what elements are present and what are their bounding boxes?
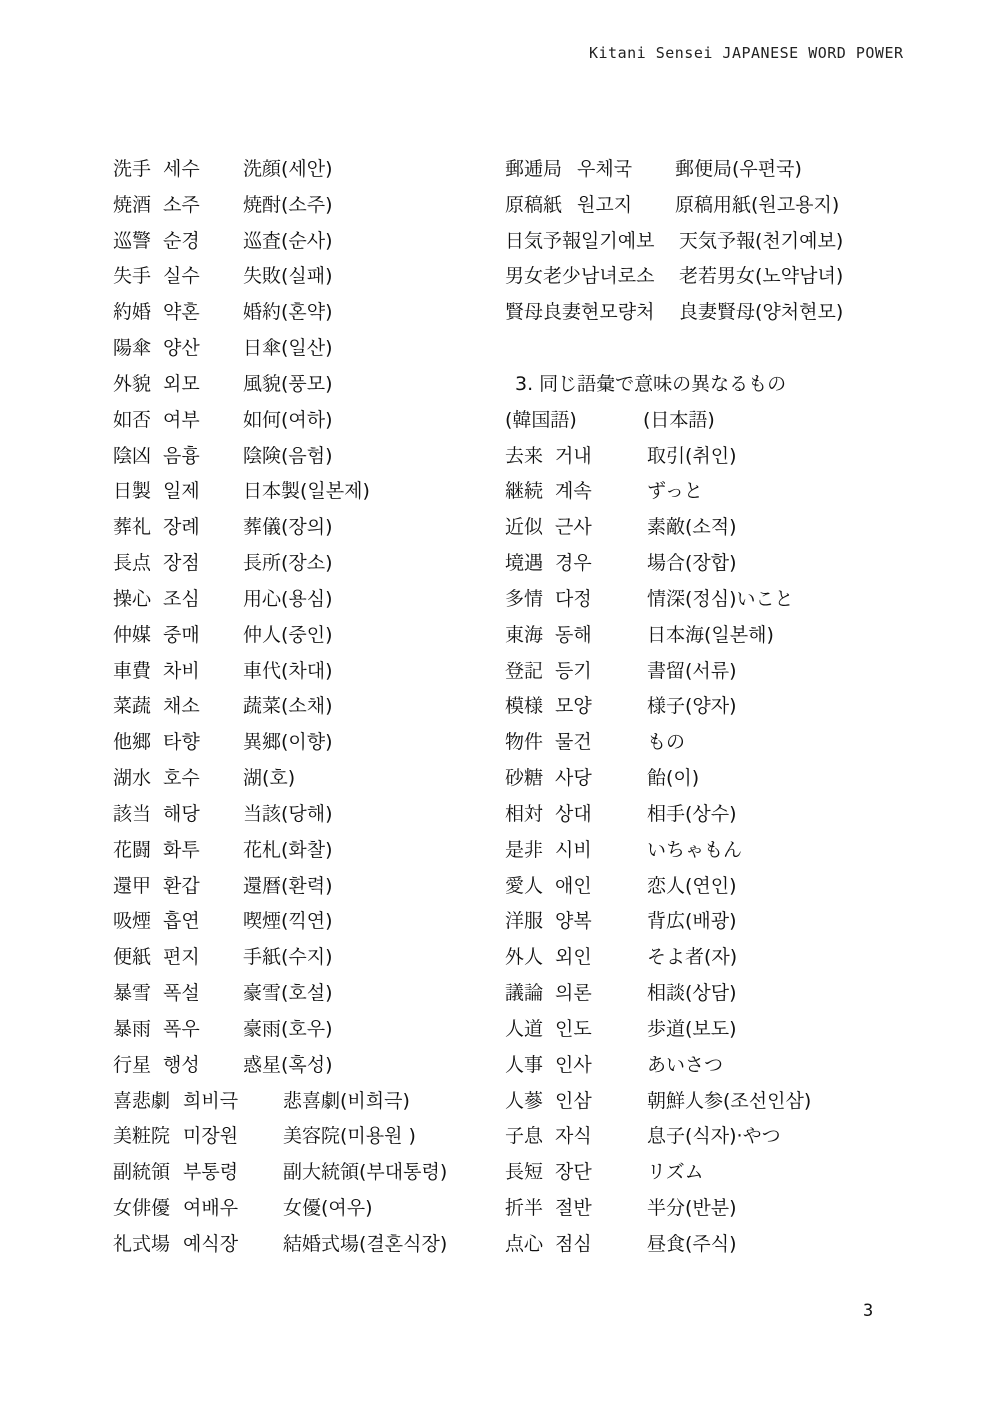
korean-reading: 상대: [555, 797, 647, 833]
japanese-equivalent: 惑星(혹성): [243, 1048, 333, 1084]
hanja-word: 女俳優: [113, 1191, 183, 1227]
hanja-word: 如否: [113, 403, 163, 439]
hanja-word: 焼酒: [113, 188, 163, 224]
list-item: 焼酒소주焼酎(소주): [113, 188, 493, 224]
hanja-word: 東海: [505, 618, 555, 654]
hanja-word: 美粧院: [113, 1119, 183, 1155]
hanja-word: 折半: [505, 1191, 555, 1227]
list-item: 他郷타향異郷(이향): [113, 725, 493, 761]
list-item: 暴雪폭설豪雪(호설): [113, 976, 493, 1012]
korean-reading: 예식장: [183, 1227, 283, 1263]
list-item: 菜蔬채소蔬菜(소채): [113, 689, 493, 725]
japanese-equivalent: 背広(배광): [647, 904, 737, 940]
korean-reading: 편지: [163, 940, 243, 976]
document-page: Kitani Sensei JAPANESE WORD POWER 洗手세수洗顔…: [0, 0, 992, 1403]
list-item: 男女老少남녀로소老若男女(노약남녀): [505, 259, 985, 295]
japanese-equivalent: 歩道(보도): [647, 1012, 737, 1048]
japanese-equivalent: 様子(양자): [647, 689, 737, 725]
japanese-equivalent: 相談(상담): [647, 976, 737, 1012]
japanese-equivalent: 原稿用紙(원고용지): [675, 188, 839, 224]
japanese-equivalent: あいさつ: [647, 1048, 723, 1084]
japanese-equivalent: リズム: [647, 1155, 704, 1191]
korean-reading: 여부: [163, 403, 243, 439]
list-item: 湖水호수湖(호): [113, 761, 493, 797]
japanese-equivalent: 失敗(실패): [243, 259, 333, 295]
japanese-equivalent: 湖(호): [243, 761, 295, 797]
japanese-equivalent: 車代(차대): [243, 654, 333, 690]
korean-reading: 동해: [555, 618, 647, 654]
list-item: 陰凶음흉陰険(음험): [113, 439, 493, 475]
list-item: 陽傘양산日傘(일산): [113, 331, 493, 367]
list-item: 女俳優여배우女優(여우): [113, 1191, 493, 1227]
hanja-word: 吸煙: [113, 904, 163, 940]
korean-reading: 폭우: [163, 1012, 243, 1048]
japanese-equivalent: 場合(장합): [647, 546, 737, 582]
korean-reading: 우체국: [577, 152, 675, 188]
hanja-word: 継続: [505, 474, 555, 510]
hanja-word: 外人: [505, 940, 555, 976]
hanja-word: 喜悲劇: [113, 1084, 183, 1120]
japanese-equivalent: 日本海(일본해): [647, 618, 774, 654]
hanja-word: 失手: [113, 259, 163, 295]
list-item: 長短장단リズム: [505, 1155, 985, 1191]
korean-reading: 사당: [555, 761, 647, 797]
hanja-word: 日製: [113, 474, 163, 510]
korean-reading: 희비극: [183, 1084, 283, 1120]
korean-reading: 순경: [163, 224, 243, 260]
list-item: 人道인도歩道(보도): [505, 1012, 985, 1048]
korean-reading: 장례: [163, 510, 243, 546]
korean-reading: 차비: [163, 654, 243, 690]
hanja-word: 点心: [505, 1227, 555, 1263]
japanese-equivalent: 日本製(일본제): [243, 474, 370, 510]
hanja-word: 葬礼: [113, 510, 163, 546]
list-item: 賢母良妻현모량처良妻賢母(양처현모): [505, 295, 985, 331]
list-item: 巡警순경巡査(순사): [113, 224, 493, 260]
korean-reading: 장점: [163, 546, 243, 582]
korean-reading: 애인: [555, 869, 647, 905]
korean-reading: 근사: [555, 510, 647, 546]
korean-reading: 중매: [163, 618, 243, 654]
hanja-word: 暴雨: [113, 1012, 163, 1048]
hanja-word: 車費: [113, 654, 163, 690]
list-item: 洗手세수洗顔(세안): [113, 152, 493, 188]
korean-reading: 소주: [163, 188, 243, 224]
list-item: 模様모양様子(양자): [505, 689, 985, 725]
list-item: 操心조심用心(용심): [113, 582, 493, 618]
column-headers: (韓国語)(日本語): [505, 403, 985, 439]
hanja-word: 人道: [505, 1012, 555, 1048]
korean-reading: 물건: [555, 725, 647, 761]
korean-reading: 인삼: [555, 1084, 647, 1120]
hanja-word: 礼式場: [113, 1227, 183, 1263]
korean-reading: 계속: [555, 474, 647, 510]
list-item: 副統領부통령副大統領(부대통령): [113, 1155, 493, 1191]
hanja-word: 長短: [505, 1155, 555, 1191]
hanja-word: 多情: [505, 582, 555, 618]
japanese-equivalent: ずっと: [647, 474, 703, 510]
list-item: 登記등기書留(서류): [505, 654, 985, 690]
hanja-word: 外貌: [113, 367, 163, 403]
hanja-word: 砂糖: [505, 761, 555, 797]
japanese-equivalent: 焼酎(소주): [243, 188, 333, 224]
japanese-equivalent: 当該(당해): [243, 797, 333, 833]
korean-reading: 자식: [555, 1119, 647, 1155]
list-item: 原稿紙원고지原稿用紙(원고용지): [505, 188, 985, 224]
list-item: 還甲환갑還暦(환력): [113, 869, 493, 905]
list-item: 是非시비いちゃもん: [505, 833, 985, 869]
hanja-word: 他郷: [113, 725, 163, 761]
list-item: 去来거내取引(취인): [505, 439, 985, 475]
japanese-column-header: (日本語): [643, 403, 715, 439]
japanese-equivalent: いちゃもん: [647, 833, 742, 869]
list-item: 物件물건もの: [505, 725, 985, 761]
japanese-equivalent: 日傘(일산): [243, 331, 333, 367]
hanja-word: 模様: [505, 689, 555, 725]
hanja-word: 登記: [505, 654, 555, 690]
hanja-word: 物件: [505, 725, 555, 761]
korean-reading: 폭설: [163, 976, 243, 1012]
japanese-equivalent: 老若男女(노약남녀): [679, 259, 843, 295]
korean-reading: 외모: [163, 367, 243, 403]
hanja-word: 子息: [505, 1119, 555, 1155]
korean-reading: 현모량처: [581, 295, 679, 331]
japanese-equivalent: 息子(식자)·やつ: [647, 1119, 781, 1155]
hanja-word: 行星: [113, 1048, 163, 1084]
korean-column-header: (韓国語): [505, 403, 643, 439]
japanese-equivalent: 結婚式場(결혼식장): [283, 1227, 447, 1263]
japanese-equivalent: 豪雨(호우): [243, 1012, 333, 1048]
hanja-word: 洋服: [505, 904, 555, 940]
right-column-word-list: 郵逓局우체국郵便局(우편국)原稿紙원고지原稿用紙(원고용지)日気予報일기예보天気…: [505, 152, 985, 1263]
hanja-word: 陽傘: [113, 331, 163, 367]
list-item: 人事인사あいさつ: [505, 1048, 985, 1084]
japanese-equivalent: 喫煙(끽연): [243, 904, 333, 940]
korean-reading: 음흉: [163, 439, 243, 475]
japanese-equivalent: 蔬菜(소채): [243, 689, 333, 725]
korean-reading: 다정: [555, 582, 647, 618]
list-item: 点心점심昼食(주식): [505, 1227, 985, 1263]
japanese-equivalent: 昼食(주식): [647, 1227, 737, 1263]
list-item: 外人외인そよ者(자): [505, 940, 985, 976]
korean-reading: 흡연: [163, 904, 243, 940]
list-item: 郵逓局우체국郵便局(우편국): [505, 152, 985, 188]
hanja-word: 長点: [113, 546, 163, 582]
hanja-word: 約婚: [113, 295, 163, 331]
japanese-equivalent: 天気予報(천기예보): [679, 224, 843, 260]
japanese-equivalent: 葬儀(장의): [243, 510, 333, 546]
list-item: 愛人애인恋人(연인): [505, 869, 985, 905]
hanja-word: 暴雪: [113, 976, 163, 1012]
japanese-equivalent: 美容院(미용원 ): [283, 1119, 416, 1155]
list-item: 如否여부如何(여하): [113, 403, 493, 439]
korean-reading: 양산: [163, 331, 243, 367]
japanese-equivalent: 仲人(중인): [243, 618, 333, 654]
korean-reading: 일제: [163, 474, 243, 510]
hanja-word: 還甲: [113, 869, 163, 905]
list-item: 花闘화투花札(화찰): [113, 833, 493, 869]
hanja-word: 便紙: [113, 940, 163, 976]
list-item: 美粧院미장원美容院(미용원 ): [113, 1119, 493, 1155]
list-item: 東海동해日本海(일본해): [505, 618, 985, 654]
list-item: 外貌외모風貌(풍모): [113, 367, 493, 403]
korean-reading: 모양: [555, 689, 647, 725]
japanese-equivalent: 陰険(음험): [243, 439, 333, 475]
hanja-word: 日気予報: [505, 224, 581, 260]
japanese-equivalent: 相手(상수): [647, 797, 737, 833]
list-item: 仲媒중매仲人(중인): [113, 618, 493, 654]
hanja-word: 操心: [113, 582, 163, 618]
japanese-equivalent: 用心(용심): [243, 582, 333, 618]
list-item: 暴雨폭우豪雨(호우): [113, 1012, 493, 1048]
japanese-equivalent: 情深(정심)いこと: [647, 582, 794, 618]
list-item: 約婚약혼婚約(혼약): [113, 295, 493, 331]
list-item: 近似근사素敵(소적): [505, 510, 985, 546]
list-item: 吸煙흡연喫煙(끽연): [113, 904, 493, 940]
japanese-equivalent: 如何(여하): [243, 403, 333, 439]
hanja-word: 人事: [505, 1048, 555, 1084]
hanja-word: 境遇: [505, 546, 555, 582]
list-item: 折半절반半分(반분): [505, 1191, 985, 1227]
list-item: 車費차비車代(차대): [113, 654, 493, 690]
list-item: 長点장점長所(장소): [113, 546, 493, 582]
japanese-equivalent: 良妻賢母(양처현모): [679, 295, 843, 331]
korean-reading: 환갑: [163, 869, 243, 905]
korean-reading: 조심: [163, 582, 243, 618]
korean-reading: 원고지: [577, 188, 675, 224]
hanja-word: 人蔘: [505, 1084, 555, 1120]
korean-reading: 등기: [555, 654, 647, 690]
korean-reading: 남녀로소: [581, 259, 679, 295]
japanese-equivalent: 副大統領(부대통령): [283, 1155, 447, 1191]
list-item: 洋服양복背広(배광): [505, 904, 985, 940]
hanja-word: 議論: [505, 976, 555, 1012]
hanja-word: 菜蔬: [113, 689, 163, 725]
list-item: 境遇경우場合(장합): [505, 546, 985, 582]
page-number: 3: [863, 1301, 873, 1321]
korean-reading: 해당: [163, 797, 243, 833]
list-item: 砂糖사당飴(이): [505, 761, 985, 797]
korean-reading: 타향: [163, 725, 243, 761]
korean-reading: 거내: [555, 439, 647, 475]
hanja-word: 原稿紙: [505, 188, 577, 224]
japanese-equivalent: 飴(이): [647, 761, 699, 797]
japanese-equivalent: 花札(화찰): [243, 833, 333, 869]
list-item: 多情다정情深(정심)いこと: [505, 582, 985, 618]
japanese-equivalent: 巡査(순사): [243, 224, 333, 260]
japanese-equivalent: 長所(장소): [243, 546, 333, 582]
korean-reading: 장단: [555, 1155, 647, 1191]
hanja-word: 相対: [505, 797, 555, 833]
list-item: 葬礼장례葬儀(장의): [113, 510, 493, 546]
korean-reading: 인사: [555, 1048, 647, 1084]
list-item: 人蔘인삼朝鮮人参(조선인삼): [505, 1084, 985, 1120]
japanese-equivalent: 取引(취인): [647, 439, 737, 475]
japanese-equivalent: 婚約(혼약): [243, 295, 333, 331]
japanese-equivalent: 異郷(이향): [243, 725, 333, 761]
japanese-equivalent: もの: [647, 725, 685, 761]
korean-reading: 세수: [163, 152, 243, 188]
hanja-word: 洗手: [113, 152, 163, 188]
japanese-equivalent: 悲喜劇(비희극): [283, 1084, 410, 1120]
hanja-word: 去来: [505, 439, 555, 475]
japanese-equivalent: そよ者(자): [647, 940, 737, 976]
list-item: 子息자식息子(식자)·やつ: [505, 1119, 985, 1155]
hanja-word: 近似: [505, 510, 555, 546]
list-item: 日気予報일기예보天気予報(천기예보): [505, 224, 985, 260]
korean-reading: 화투: [163, 833, 243, 869]
korean-reading: 의론: [555, 976, 647, 1012]
korean-reading: 채소: [163, 689, 243, 725]
korean-reading: 시비: [555, 833, 647, 869]
hanja-word: 是非: [505, 833, 555, 869]
korean-reading: 외인: [555, 940, 647, 976]
korean-reading: 인도: [555, 1012, 647, 1048]
list-item: 議論의론相談(상담): [505, 976, 985, 1012]
list-item: 行星행성惑星(혹성): [113, 1048, 493, 1084]
list-item: 失手실수失敗(실패): [113, 259, 493, 295]
hanja-word: 巡警: [113, 224, 163, 260]
korean-reading: 행성: [163, 1048, 243, 1084]
korean-reading: 호수: [163, 761, 243, 797]
japanese-equivalent: 女優(여우): [283, 1191, 373, 1227]
korean-reading: 경우: [555, 546, 647, 582]
japanese-equivalent: 素敵(소적): [647, 510, 737, 546]
japanese-equivalent: 洗顔(세안): [243, 152, 333, 188]
list-item: 相対상대相手(상수): [505, 797, 985, 833]
korean-reading: 여배우: [183, 1191, 283, 1227]
document-title: Kitani Sensei JAPANESE WORD POWER: [589, 44, 904, 62]
japanese-equivalent: 郵便局(우편국): [675, 152, 802, 188]
japanese-equivalent: 還暦(환력): [243, 869, 333, 905]
japanese-equivalent: 書留(서류): [647, 654, 737, 690]
list-item: 継続계속ずっと: [505, 474, 985, 510]
hanja-word: 湖水: [113, 761, 163, 797]
hanja-word: 副統領: [113, 1155, 183, 1191]
korean-reading: 양복: [555, 904, 647, 940]
japanese-equivalent: 手紙(수지): [243, 940, 333, 976]
japanese-equivalent: 風貌(풍모): [243, 367, 333, 403]
section-heading: 3. 同じ語彙で意味の異なるもの: [505, 367, 985, 403]
hanja-word: 郵逓局: [505, 152, 577, 188]
hanja-word: 花闘: [113, 833, 163, 869]
hanja-word: 男女老少: [505, 259, 581, 295]
korean-reading: 점심: [555, 1227, 647, 1263]
japanese-equivalent: 豪雪(호설): [243, 976, 333, 1012]
hanja-word: 該当: [113, 797, 163, 833]
korean-reading: 미장원: [183, 1119, 283, 1155]
korean-reading: 절반: [555, 1191, 647, 1227]
list-item: 便紙편지手紙(수지): [113, 940, 493, 976]
hanja-word: 賢母良妻: [505, 295, 581, 331]
korean-reading: 부통령: [183, 1155, 283, 1191]
korean-reading: 약혼: [163, 295, 243, 331]
hanja-word: 仲媒: [113, 618, 163, 654]
korean-reading: 실수: [163, 259, 243, 295]
korean-reading: 일기예보: [581, 224, 679, 260]
hanja-word: 陰凶: [113, 439, 163, 475]
list-item: 礼式場예식장結婚式場(결혼식장): [113, 1227, 493, 1263]
japanese-equivalent: 半分(반분): [647, 1191, 737, 1227]
list-item: 喜悲劇희비극悲喜劇(비희극): [113, 1084, 493, 1120]
japanese-equivalent: 恋人(연인): [647, 869, 737, 905]
list-item: 日製일제日本製(일본제): [113, 474, 493, 510]
list-item: 該当해당当該(당해): [113, 797, 493, 833]
left-column-word-list: 洗手세수洗顔(세안)焼酒소주焼酎(소주)巡警순경巡査(순사)失手실수失敗(실패)…: [113, 152, 493, 1263]
japanese-equivalent: 朝鮮人参(조선인삼): [647, 1084, 811, 1120]
hanja-word: 愛人: [505, 869, 555, 905]
